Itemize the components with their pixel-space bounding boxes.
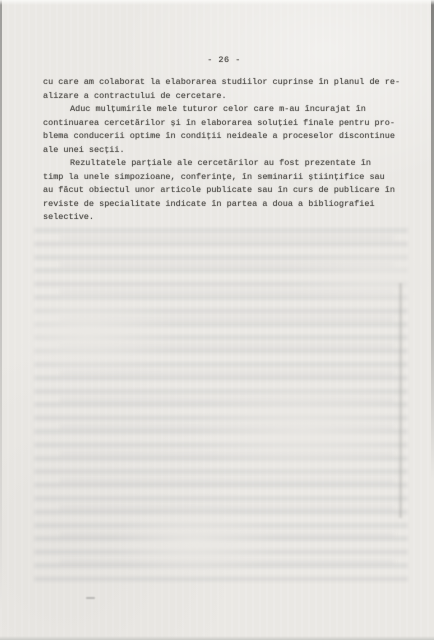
- text-line: au făcut obiectul unor articole publicat…: [43, 184, 409, 198]
- scan-streak: [399, 283, 402, 518]
- text-line: continuarea cercetărilor și în elaborare…: [43, 117, 409, 131]
- scan-edge-left: [0, 0, 2, 612]
- text-block: cu care am colaborat la elaborarea studi…: [43, 76, 409, 225]
- text-line: reviste de specialitate indicate în part…: [43, 198, 409, 212]
- text-line: ale unei secții.: [43, 144, 409, 158]
- scan-edge-top: [0, 0, 434, 5]
- page-number: - 26 -: [43, 55, 405, 65]
- text-line: selective.: [43, 211, 409, 225]
- text-line: alizare a contractului de cercetare.: [43, 90, 409, 104]
- text-line: Rezultatele parțiale ale cercetărilor au…: [43, 157, 409, 171]
- paper-speck: [86, 597, 95, 599]
- paper-blotches: [0, 220, 434, 600]
- text-line: Aduc mulțumirile mele tuturor celor care…: [43, 103, 409, 117]
- text-line: blema conducerii optime în condiții neid…: [43, 130, 409, 144]
- text-line: timp la unele simpozioane, conferințe, î…: [43, 171, 409, 185]
- text-line: cu care am colaborat la elaborarea studi…: [43, 76, 409, 90]
- scan-edge-bottom: [0, 636, 434, 640]
- scanned-document-page: - 26 - cu care am colaborat la elaborare…: [0, 0, 434, 640]
